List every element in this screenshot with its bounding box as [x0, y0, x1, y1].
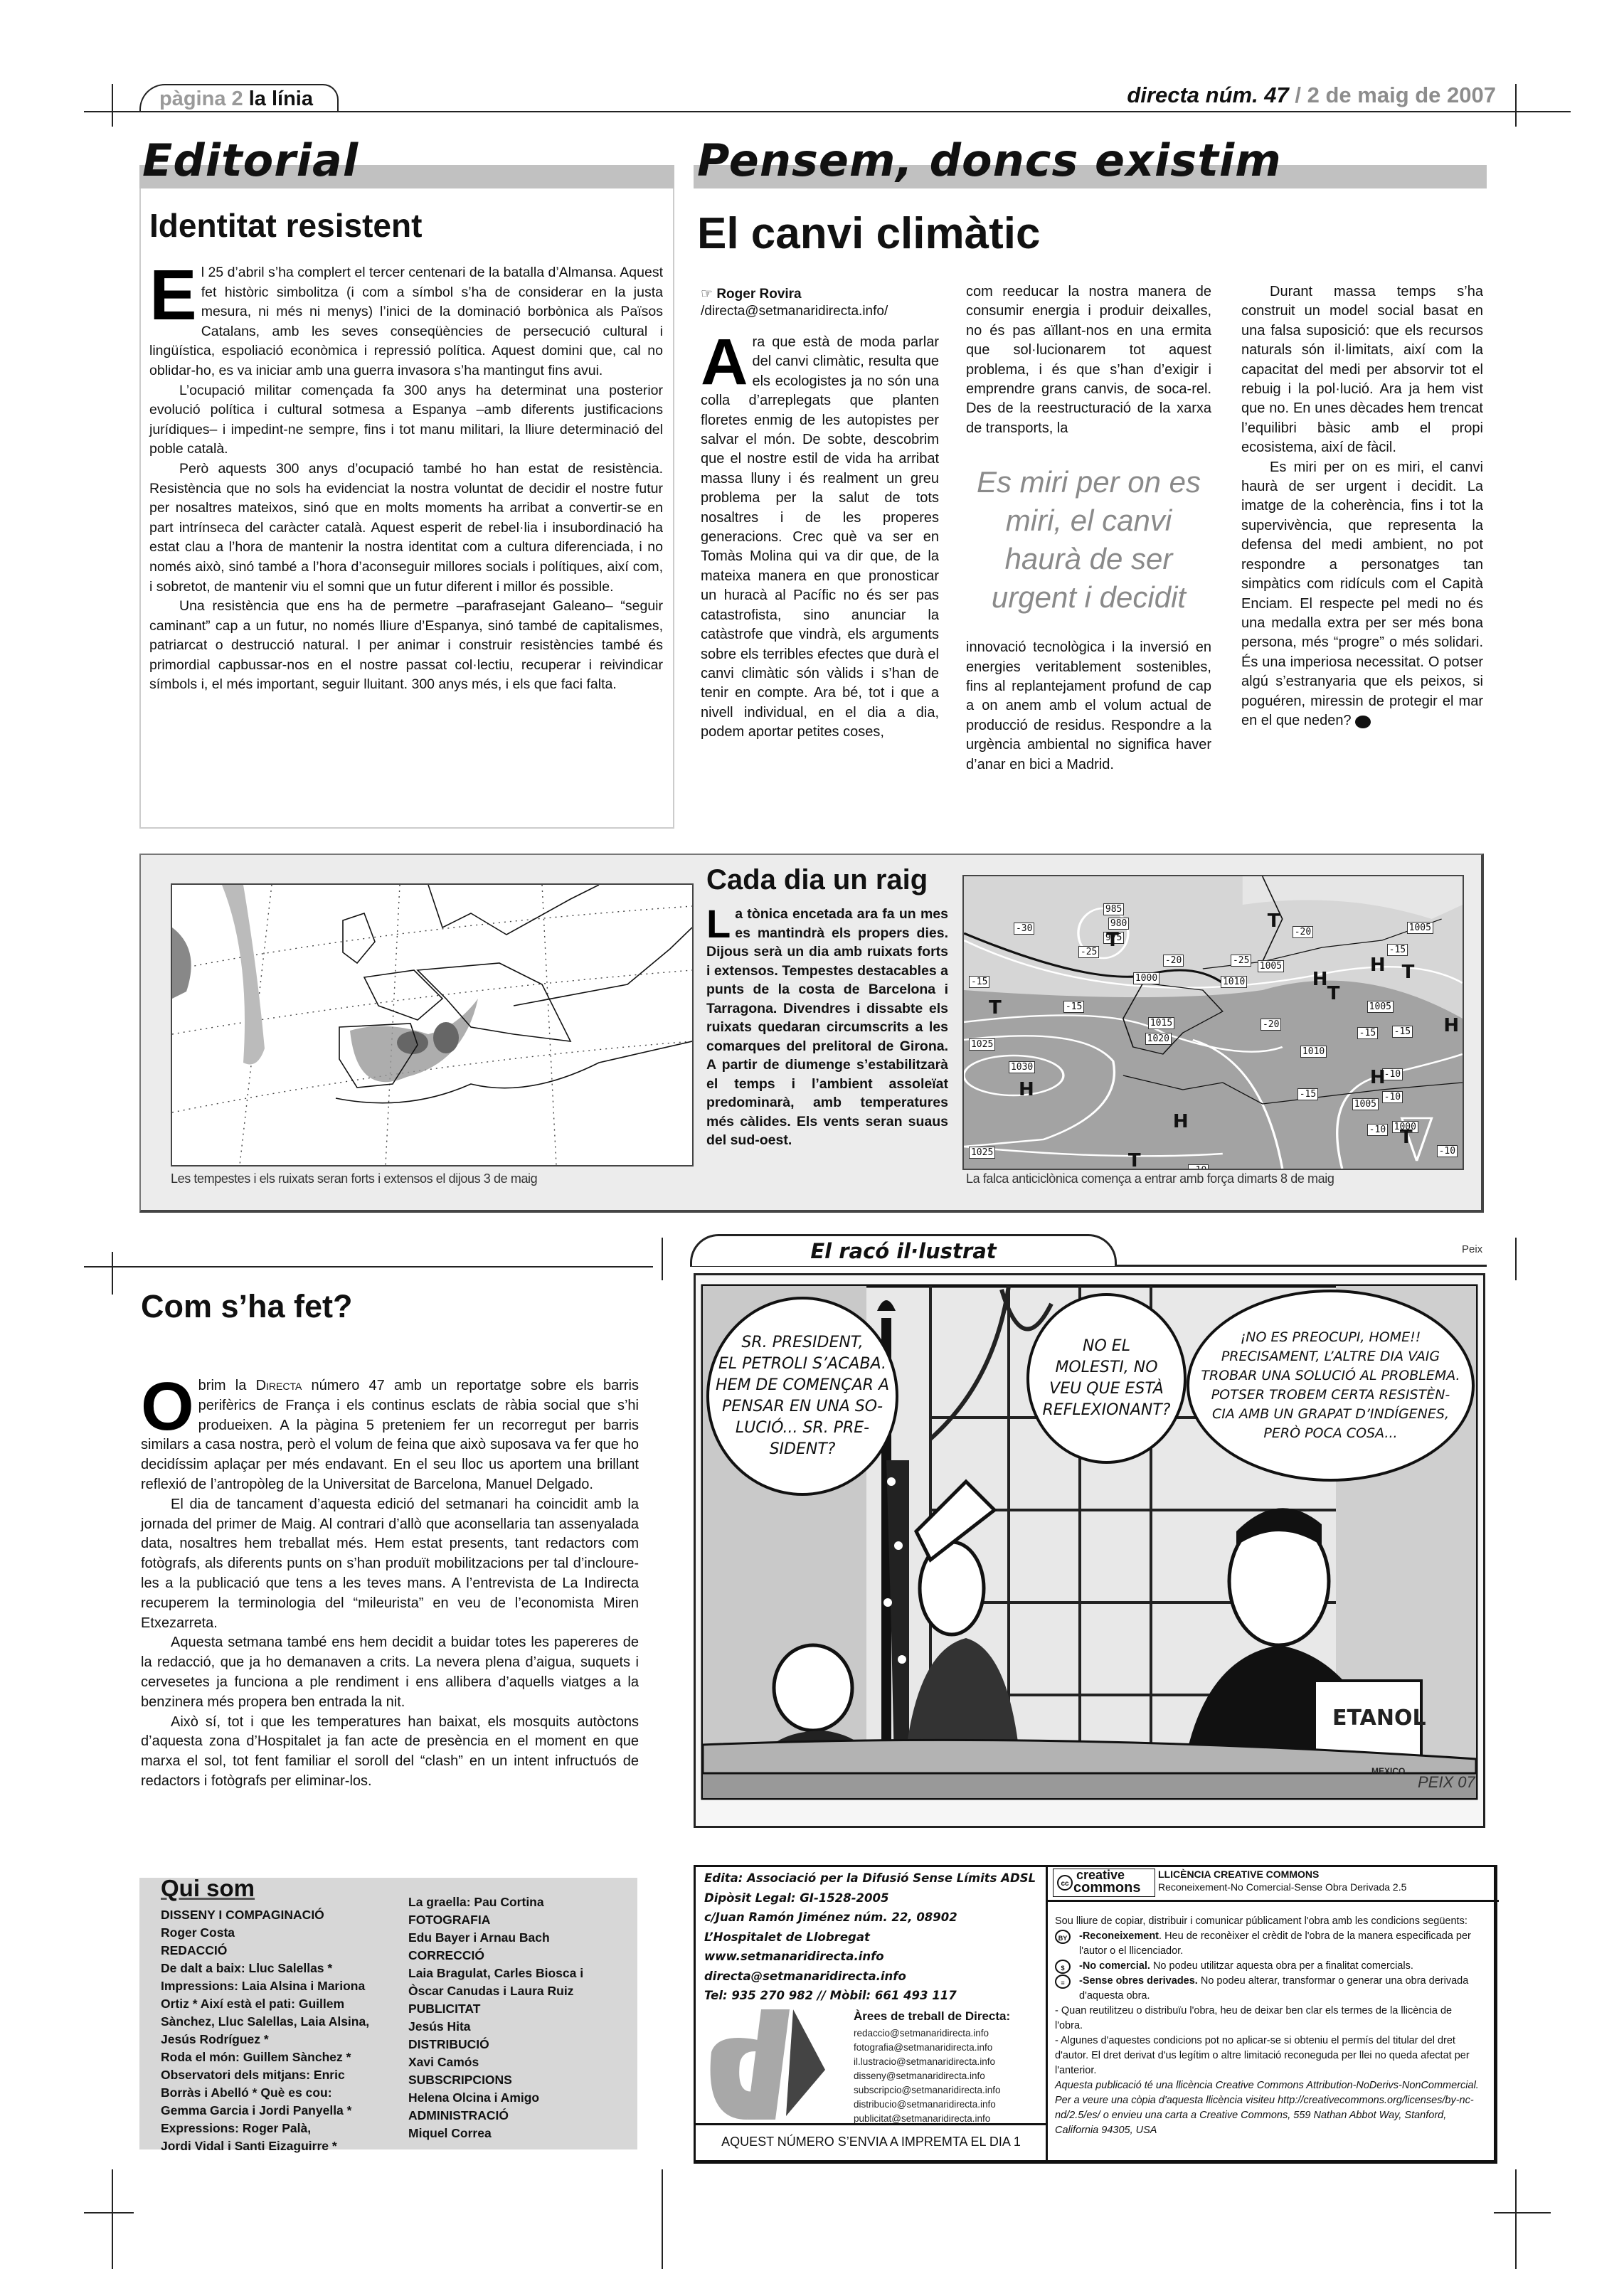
masthead-divider	[1046, 1867, 1048, 2160]
isobar-label: -30	[1014, 923, 1034, 935]
crop-mark	[112, 84, 113, 127]
opinion-heading: Pensem, doncs existim	[697, 139, 1282, 183]
cartoon-frame: ETANOL MEXICO PEIX 07 SR. PRESIDENT,EL P…	[694, 1273, 1485, 1828]
license-condition: BY-Reconeixement. Heu de reconèixer el c…	[1055, 1929, 1482, 1959]
bubble-line: MOLESTI, NO	[1055, 1357, 1157, 1378]
crop-mark	[1494, 2212, 1551, 2213]
license-conditions: BY-Reconeixement. Heu de reconèixer el c…	[1055, 1929, 1482, 2004]
masthead-bottom-rule	[696, 2123, 1046, 2125]
masthead-line: Dipòsit Legal: GI-1528-2005	[704, 1888, 1036, 1908]
isobar-label: -10	[1188, 1164, 1209, 1170]
area-email: disseny@setmanaridirecta.info	[854, 2069, 1001, 2083]
cc-logo: cc creative commons	[1053, 1869, 1155, 1897]
making-of-text: número 47 amb un reportatge sobre els ba…	[141, 1378, 639, 1492]
crop-mark	[84, 2212, 134, 2213]
license-body: Sou lliure de copiar, distribuir i comun…	[1055, 1914, 1482, 2138]
isobar-label: -20	[1293, 926, 1313, 938]
isobar-label: 985	[1103, 903, 1124, 915]
credits-line: Jesús Rodríguez *	[161, 2031, 369, 2048]
section-name: la línia	[249, 87, 313, 110]
directa-logo-icon	[704, 2009, 825, 2120]
high-pressure-marker: H	[1173, 1111, 1189, 1132]
weather-forecast-text: a tònica encetada ara fa un mes es manti…	[706, 906, 948, 1148]
high-pressure-marker: H	[1370, 955, 1386, 976]
issue-info: directa núm. 47 / 2 de maig de 2007	[1127, 83, 1496, 108]
pressure-map: 985980975-30-25-20-251005-2010001010-15-…	[962, 875, 1464, 1170]
ethanol-box-sublabel: MEXICO	[1371, 1766, 1405, 1776]
license-note: - Quan reutilitzeu o distribuïu l'obra, …	[1055, 2004, 1482, 2034]
opinion-column-3: Durant massa temps s’ha construit un mod…	[1241, 282, 1483, 730]
credits-line: Helena Olcina i Amigo	[408, 2089, 583, 2107]
license-condition: =-Sense obres derivades. No podeu altera…	[1055, 1974, 1482, 2004]
speech-bubble-president: ¡NO ES PREOCUPI, HOME!!PRECISAMENT, L’AL…	[1187, 1290, 1475, 1482]
author-name: Roger Rovira	[716, 287, 801, 302]
credits-line: Observatori dels mitjans: Enric	[161, 2066, 369, 2084]
credits-line: Expressions: Roger Palà,	[161, 2120, 369, 2137]
directa-end-mark-icon: d	[1355, 716, 1371, 728]
credits-box: Qui som DISSENY I COMPAGINACIÓRoger Cost…	[139, 1878, 637, 2149]
weather-dropcap: L	[706, 908, 731, 940]
credits-column-1: DISSENY I COMPAGINACIÓRoger CostaREDACCI…	[161, 1906, 369, 2155]
credits-line: DISSENY I COMPAGINACIÓ	[161, 1906, 369, 1924]
high-pressure-marker: H	[1370, 1067, 1386, 1088]
license-condition-name: -Reconeixement	[1079, 1930, 1159, 1942]
bubble-line: EL PETROLI S’ACABA.	[718, 1354, 886, 1375]
credits-title: Qui som	[161, 1875, 255, 1902]
isobar-label: -20	[1163, 955, 1184, 967]
license-divider	[1047, 1900, 1499, 1902]
pointing-hand-icon: ☞	[701, 287, 716, 302]
license-condition-text: No podeu utilitzar aquesta obra per a fi…	[1150, 1960, 1413, 1972]
crop-mark	[1515, 2169, 1517, 2269]
isobar-label: 1030	[1009, 1061, 1035, 1073]
low-pressure-marker: T	[1106, 930, 1119, 951]
bubble-line: TROBAR UNA SOLUCIÓ AL PROBLEMA.	[1201, 1366, 1460, 1386]
area-email: il.lustracio@setmanaridirecta.info	[854, 2055, 1001, 2069]
isobar-label: -15	[1392, 1026, 1413, 1038]
masthead-line: Edita: Associació per la Difusió Sense L…	[704, 1869, 1036, 1888]
brand-name: Directa	[256, 1378, 302, 1393]
area-email: redaccio@setmanaridirecta.info	[854, 2026, 1001, 2041]
credits-line: REDACCIÓ	[161, 1942, 369, 1960]
credits-line: SUBSCRIPCIONS	[408, 2071, 583, 2089]
ethanol-box-label: ETANOL	[1332, 1706, 1426, 1731]
low-pressure-marker: T	[1327, 983, 1340, 1004]
masthead-box: Edita: Associació per la Difusió Sense L…	[694, 1865, 1497, 2164]
isobar-label: 1005	[1352, 1098, 1379, 1110]
isobar-label: -15	[1063, 1001, 1084, 1013]
bubble-line: NO EL	[1083, 1336, 1130, 1357]
issue-number: directa núm. 47	[1127, 83, 1288, 107]
low-pressure-marker: T	[989, 997, 1002, 1019]
credits-line: FOTOGRAFIA	[408, 1911, 583, 1929]
crop-mark	[1515, 1238, 1517, 1280]
isobar-label: -10	[1382, 1091, 1403, 1103]
bubble-line: CIA AMB UN GRAPAT D’INDÍGENES,	[1212, 1405, 1449, 1424]
masthead-line: www.setmanaridirecta.info	[704, 1947, 1036, 1967]
credits-line: Gemma Garcia i Jordi Panyella *	[161, 2102, 369, 2120]
bubble-line: SR. PRESIDENT,	[741, 1332, 863, 1354]
opinion-text: ra que està de moda parlar del canvi cli…	[701, 334, 939, 740]
isobar-label: 1025	[969, 1147, 995, 1159]
opinion-column-2: com reeducar la nostra manera de consumi…	[966, 282, 1211, 775]
high-pressure-marker: H	[1019, 1079, 1034, 1100]
isobar-label: -20	[1261, 1019, 1281, 1031]
making-of-body: Obrim la Directa número 47 amb un report…	[141, 1376, 639, 1792]
author-byline: ☞ Roger Rovira /directa@setmanaridirecta…	[701, 286, 888, 320]
credits-line: Roda el món: Guillem Sànchez *	[161, 2048, 369, 2066]
credits-line: Sànchez, Lluc Salellas, Laia Alsina,	[161, 2013, 369, 2031]
cartoon-tab: El racó il·lustrat	[690, 1234, 1117, 1266]
right-map-caption: La falca anticiclònica comença a entrar …	[966, 1171, 1334, 1186]
crop-mark	[112, 2169, 113, 2269]
editorial-title: Identitat resistent	[149, 208, 422, 244]
isobar-label: 980	[1108, 918, 1129, 930]
speech-bubble-assistant: SR. PRESIDENT,EL PETROLI S’ACABA.HEM DE …	[706, 1297, 898, 1496]
opinion-text: com reeducar la nostra manera de consumi…	[966, 282, 1211, 438]
opinion-dropcap: A	[701, 336, 748, 389]
license-condition-icon: BY	[1055, 1930, 1071, 1944]
print-note: AQUEST NÚMERO S’ENVIA A IMPREMTA EL DIA …	[696, 2130, 1046, 2153]
license-condition-icon: $	[1055, 1960, 1071, 1974]
credits-line: Miquel Correa	[408, 2125, 583, 2142]
opinion-text: innovació tecnològica i la inversió en e…	[966, 638, 1211, 775]
crop-mark	[84, 1266, 653, 1267]
isobar-label: 1015	[1148, 1017, 1174, 1029]
bubble-line: LUCIÓ... SR. PRE-	[736, 1418, 869, 1439]
credits-line: DISTRIBUCIÓ	[408, 2036, 583, 2053]
isobar-label: 1005	[1367, 1001, 1394, 1013]
weather-title: Cada dia un raig	[706, 864, 928, 895]
opinion-text: Durant massa temps s’ha construit un mod…	[1241, 282, 1483, 458]
credits-line: Laia Bragulat, Carles Biosca i	[408, 1965, 583, 1982]
bubble-line: PRECISAMENT, L’ALTRE DIA VAIG	[1221, 1347, 1440, 1366]
making-of-title: Com s’ha fet?	[141, 1289, 353, 1324]
low-pressure-marker: T	[1128, 1150, 1141, 1170]
issue-date: / 2 de maig de 2007	[1295, 83, 1496, 107]
bubble-line: ¡NO ES PREOCUPI, HOME!!	[1241, 1328, 1421, 1347]
credits-line: Xavi Camós	[408, 2053, 583, 2071]
isobar-label: 1000	[1133, 972, 1159, 984]
credits-line: Borràs i Abelló * Què es cou:	[161, 2084, 369, 2102]
cc-circle-icon: cc	[1057, 1875, 1073, 1891]
isobar-label: 1020	[1145, 1033, 1172, 1045]
bubble-line: HEM DE COMENÇAR A	[716, 1375, 889, 1396]
masthead-lines: Edita: Associació per la Difusió Sense L…	[704, 1869, 1036, 2006]
making-of-paragraph: El dia de tancament d’aquesta edició del…	[141, 1495, 639, 1634]
crop-mark	[662, 2169, 663, 2269]
bubble-line: PERÒ POCA COSA...	[1263, 1424, 1397, 1443]
bubble-line: POTSER TROBEM CERTA RESISTÈN-	[1211, 1386, 1450, 1405]
crop-mark	[662, 1238, 663, 1280]
editorial-paragraph: L’ocupació militar començada fa 300 anys…	[149, 381, 663, 459]
speech-bubble-adviser: NO ELMOLESTI, NOVEU QUE ESTÀREFLEXIONANT…	[1026, 1293, 1187, 1464]
credits-line: Ortiz * Així està el pati: Guillem	[161, 1995, 369, 2013]
crop-mark	[1515, 84, 1517, 127]
license-title: LLICÈNCIA CREATIVE COMMONS	[1158, 1869, 1319, 1880]
isobar-label: -25	[1078, 946, 1099, 958]
editorial-heading: Editorial	[142, 139, 359, 183]
area-email: fotografia@setmanaridirecta.info	[854, 2041, 1001, 2055]
credits-line: Impressions: Laia Alsina i Mariona	[161, 1977, 369, 1995]
area-email: subscripcio@setmanaridirecta.info	[854, 2083, 1001, 2098]
credits-line: Jesús Hita	[408, 2018, 583, 2036]
masthead-line: Tel: 935 270 982 // Mòbil: 661 493 117	[704, 1986, 1036, 2006]
area-email: distribucio@setmanaridirecta.info	[854, 2098, 1001, 2112]
bubble-line: SIDENT?	[770, 1439, 836, 1460]
isobar-label: 1025	[969, 1038, 995, 1051]
making-of-paragraph: Aquesta setmana també ens hem decidit a …	[141, 1633, 639, 1712]
pressure-label-layer: 985980975-30-25-20-251005-2010001010-15-…	[964, 876, 1463, 1169]
credits-line: ADMINISTRACIÓ	[408, 2107, 583, 2125]
editorial-body: El 25 d’abril s’ha complert el tercer ce…	[149, 263, 663, 695]
license-condition-name: -Sense obres derivades.	[1079, 1975, 1198, 1987]
license-intro: Sou lliure de copiar, distribuir i comun…	[1055, 1914, 1482, 1929]
cartoon-credit: Peix	[1462, 1243, 1482, 1255]
masthead-line: L’Hospitalet de Llobregat	[704, 1928, 1036, 1947]
editorial-paragraph: Una resistència que ens ha de permetre –…	[149, 597, 663, 695]
weather-box: Les tempestes i els ruixats seran forts …	[139, 854, 1484, 1213]
crop-mark	[112, 1252, 113, 1295]
credits-line: Edu Bayer i Arnau Bach	[408, 1929, 583, 1947]
isobar-label: 1005	[1258, 960, 1284, 972]
isobar-label: 1010	[1300, 1046, 1327, 1058]
credits-line: De dalt a baix: Lluc Salellas *	[161, 1960, 369, 1977]
left-map-caption: Les tempestes i els ruixats seran forts …	[171, 1171, 537, 1186]
making-of-dropcap: O	[141, 1379, 194, 1435]
low-pressure-marker: T	[1402, 962, 1415, 983]
isobar-label: -10	[1437, 1145, 1458, 1157]
isobar-label: -10	[1367, 1124, 1388, 1136]
opinion-title: El canvi climàtic	[697, 210, 1040, 258]
opinion-column-1: Ara que està de moda parlar del canvi cl…	[701, 333, 939, 743]
area-emails: redaccio@setmanaridirecta.infofotografia…	[854, 2026, 1001, 2126]
precipitation-map	[171, 883, 694, 1166]
low-pressure-marker: T	[1268, 910, 1280, 932]
cc-logo-bottom: commons	[1073, 1881, 1140, 1895]
low-pressure-marker: T	[1400, 1127, 1413, 1148]
europe-map-icon	[172, 885, 692, 1165]
isobar-label: -25	[1231, 955, 1251, 967]
credits-line: Jordi Vidal i Santi Eizaguirre *	[161, 2137, 369, 2155]
bubble-line: PENSAR EN UNA SO-	[722, 1396, 883, 1418]
isobar-label: -15	[1357, 1027, 1378, 1039]
license-note: - Algunes d'aquestes condicions pot no a…	[1055, 2034, 1482, 2078]
page-number: pàgina 2	[159, 87, 243, 110]
isobar-label: -15	[969, 976, 989, 988]
author-email[interactable]: /directa@setmanaridirecta.info/	[701, 303, 888, 320]
high-pressure-marker: H	[1312, 969, 1328, 990]
credits-line: La graella: Pau Cortina	[408, 1893, 583, 1911]
credits-line: CORRECCIÓ	[408, 1947, 583, 1965]
isobar-label: -15	[1297, 1088, 1318, 1100]
license-condition: $-No comercial. No podeu utilitzar aques…	[1055, 1959, 1482, 1974]
license-condition-icon: =	[1055, 1975, 1071, 1989]
making-of-text: brim la	[198, 1378, 256, 1393]
bubble-line: VEU QUE ESTÀ	[1049, 1378, 1164, 1400]
credits-line: PUBLICITAT	[408, 2000, 583, 2018]
areas-title: Àrees de treball de Directa:	[854, 2009, 1010, 2024]
directa-logo	[704, 2009, 825, 2120]
masthead-line: directa@setmanaridirecta.info	[704, 1967, 1036, 1987]
editorial-paragraph: Però aquests 300 anys d’ocupació també h…	[149, 459, 663, 597]
credits-line: Òscar Canudas i Laura Ruiz	[408, 1982, 583, 2000]
editorial-paragraph: l 25 d’abril s’ha complert el tercer cen…	[149, 265, 663, 378]
opinion-text: Es miri per on es miri, el canvi haurà d…	[1241, 459, 1483, 728]
making-of-paragraph: Això sí, tot i que les temperatures han …	[141, 1713, 639, 1792]
cartoon-signature: PEIX 07	[1418, 1773, 1475, 1792]
license-italic: Aquesta publicació té una llicència Crea…	[1055, 2078, 1482, 2138]
credits-line: Roger Costa	[161, 1924, 369, 1942]
page-section-tab: pàgina 2 la línia	[139, 84, 339, 111]
weather-text: La tònica encetada ara fa un mes es mant…	[706, 905, 948, 1150]
isobar-label: 1005	[1407, 922, 1433, 934]
isobar-label: -15	[1387, 944, 1408, 956]
credits-column-2: La graella: Pau CortinaFOTOGRAFIAEdu Bay…	[408, 1893, 583, 2142]
license-subtitle: Reconeixement-No Comercial-Sense Obra De…	[1158, 1881, 1406, 1893]
high-pressure-marker: H	[1443, 1015, 1459, 1036]
license-condition-name: -No comercial.	[1079, 1960, 1150, 1972]
bubble-line: REFLEXIONANT?	[1043, 1400, 1171, 1421]
isobar-label: 1010	[1221, 976, 1247, 988]
pull-quote: Es miri per on es miri, el canvi haurà d…	[966, 463, 1211, 617]
masthead-line: c/Juan Ramón Jiménez núm. 22, 08902	[704, 1908, 1036, 1928]
editorial-dropcap: E	[149, 266, 197, 324]
